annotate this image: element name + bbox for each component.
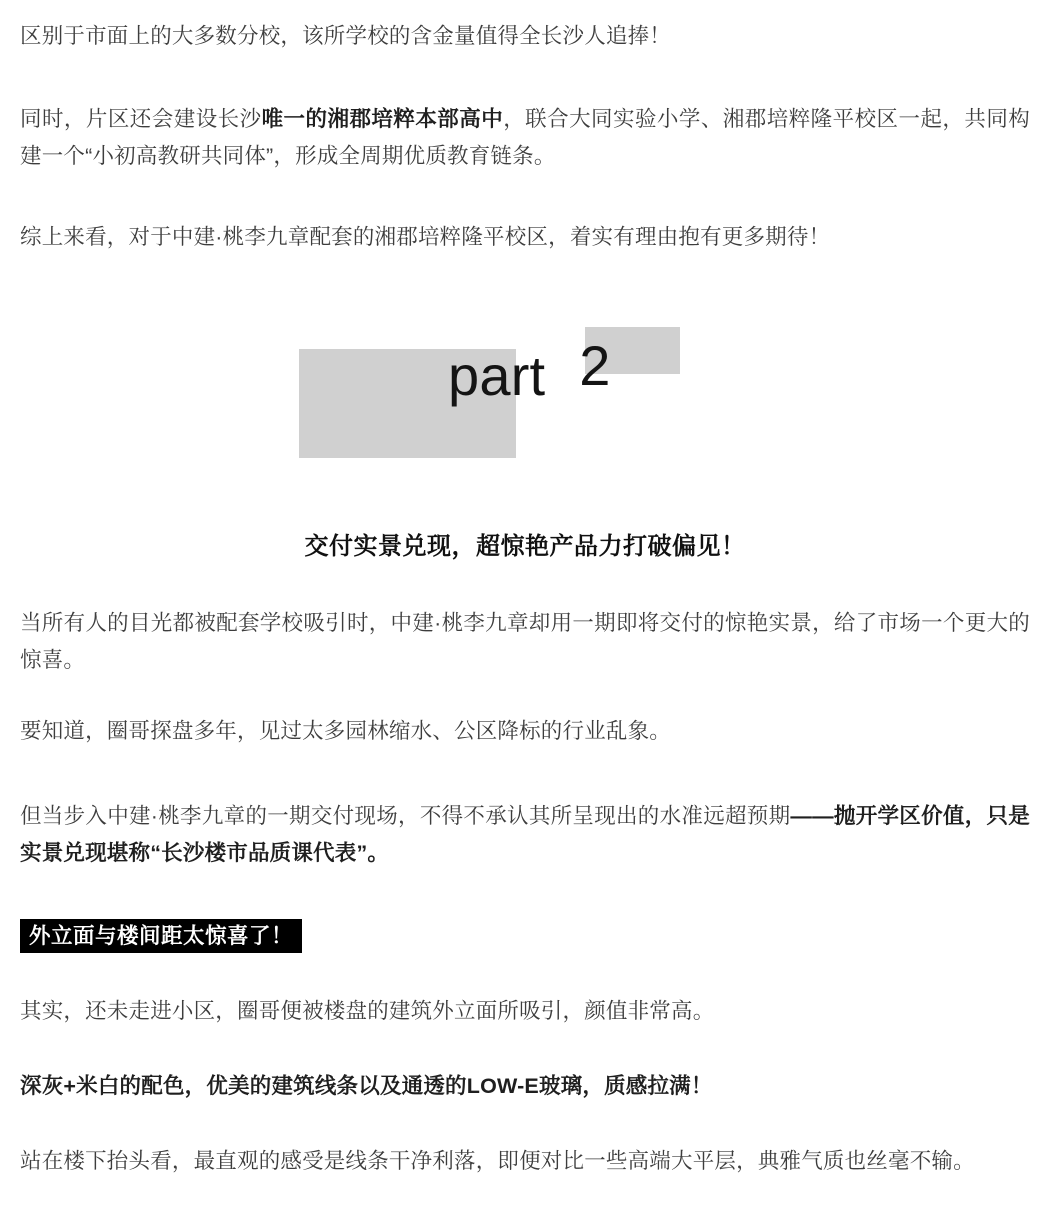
paragraph-7: 其实，还未走进小区，圈哥便被楼盘的建筑外立面所吸引，颜值非常高。 [20, 993, 1030, 1030]
paragraph-2: 同时，片区还会建设长沙唯一的湘郡培粹本部高中，联合大同实验小学、湘郡培粹隆平校区… [20, 101, 1030, 175]
subsection-label-row: 外立面与楼间距太惊喜了！ [20, 918, 1030, 952]
paragraph-3: 综上来看，对于中建·桃李九章配套的湘郡培粹隆平校区，着实有理由抱有更多期待！ [20, 219, 1030, 256]
part-2-banner: part2 [20, 327, 1030, 458]
part-word: part [448, 344, 545, 407]
section-heading: 交付实景兑现，超惊艳产品力打破偏见！ [20, 530, 1030, 564]
paragraph-6-text: 但当步入中建·桃李九章的一期交付现场，不得不承认其所呈现出的水准远超预期 [20, 804, 790, 828]
paragraph-5: 要知道，圈哥探盘多年，见过太多园林缩水、公区降标的行业乱象。 [20, 713, 1030, 750]
paragraph-9: 站在楼下抬头看，最直观的感受是线条干净利落，即便对比一些高端大平层，典雅气质也丝… [20, 1143, 1030, 1180]
paragraph-1: 区别于市面上的大多数分校，该所学校的含金量值得全长沙人追捧！ [20, 18, 1030, 55]
article-page: 区别于市面上的大多数分校，该所学校的含金量值得全长沙人追捧！ 同时，片区还会建设… [0, 0, 1050, 1207]
part-banner-text: part2 [448, 348, 611, 404]
paragraph-2-text: 同时，片区还会建设长沙 [20, 107, 262, 131]
subsection-label: 外立面与楼间距太惊喜了！ [20, 919, 302, 953]
paragraph-8: 深灰+米白的配色，优美的建筑线条以及通透的LOW-E玻璃，质感拉满！ [20, 1068, 1030, 1105]
paragraph-6: 但当步入中建·桃李九章的一期交付现场，不得不承认其所呈现出的水准远超预期——抛开… [20, 798, 1030, 872]
part-number: 2 [579, 338, 610, 394]
paragraph-2-bold: 唯一的湘郡培粹本部高中 [262, 107, 504, 131]
paragraph-4: 当所有人的目光都被配套学校吸引时，中建·桃李九章却用一期即将交付的惊艳实景，给了… [20, 605, 1030, 679]
